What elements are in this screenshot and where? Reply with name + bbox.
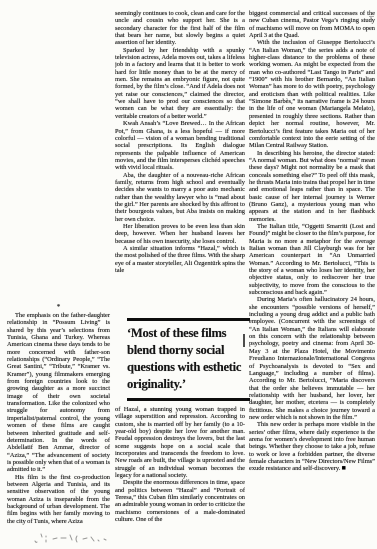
end-of-article-square: ■: [342, 464, 346, 472]
paragraph: With the inclusion of Giuseppe Bertolucc…: [249, 39, 375, 149]
paragraph: of Hazal, a stunning young woman trapped…: [115, 406, 245, 479]
paragraph: A similar situation informs “Hazal,” whi…: [115, 245, 245, 274]
paragraph-text: This new order is perhaps more visible i…: [249, 421, 375, 472]
paragraph: The Italian title, “Oggetti Smarriti (Lo…: [249, 223, 375, 296]
article-column-middle-bottom: of Hazal, a stunning young woman trapped…: [115, 406, 245, 546]
handwritten-scribble: [32, 531, 110, 547]
paragraph: Aba, the daughter of a nouveau-riche Afr…: [115, 172, 245, 223]
paragraph: The emphasis on the father-daughter rela…: [7, 312, 110, 474]
pull-quote: ‘Most of these films blend thorny social…: [127, 318, 250, 401]
paragraph: biggest commercial and critical successe…: [249, 10, 375, 39]
article-column-left: * The emphasis on the father-daughter re…: [7, 303, 110, 525]
paragraph: His film is the first co-production betw…: [7, 474, 110, 525]
paragraph: This new order is perhaps more visible i…: [249, 421, 375, 472]
paragraph: Sparked by her friendship with a spunky …: [115, 47, 245, 120]
scan-mark-tick: [243, 334, 245, 347]
paragraph: Despite the enormous differences in time…: [115, 479, 245, 523]
article-column-middle-top: seemingly continues to cook, clean and c…: [115, 10, 245, 318]
paragraph: Kwah Ansah’s “Love Brewed… In the Africa…: [115, 120, 245, 171]
section-break-mark: *: [7, 303, 110, 312]
paragraph: Her liberation proves to be even less th…: [115, 223, 245, 245]
paragraph: seemingly continues to cook, clean and c…: [115, 10, 245, 47]
article-column-right: biggest commercial and critical successe…: [249, 10, 375, 544]
scan-mark-edge-dash: [369, 16, 374, 17]
paragraph: During Maria’s often hallucinatory 24 ho…: [249, 296, 375, 421]
paragraph: In describing his heroine, the director …: [249, 150, 375, 223]
